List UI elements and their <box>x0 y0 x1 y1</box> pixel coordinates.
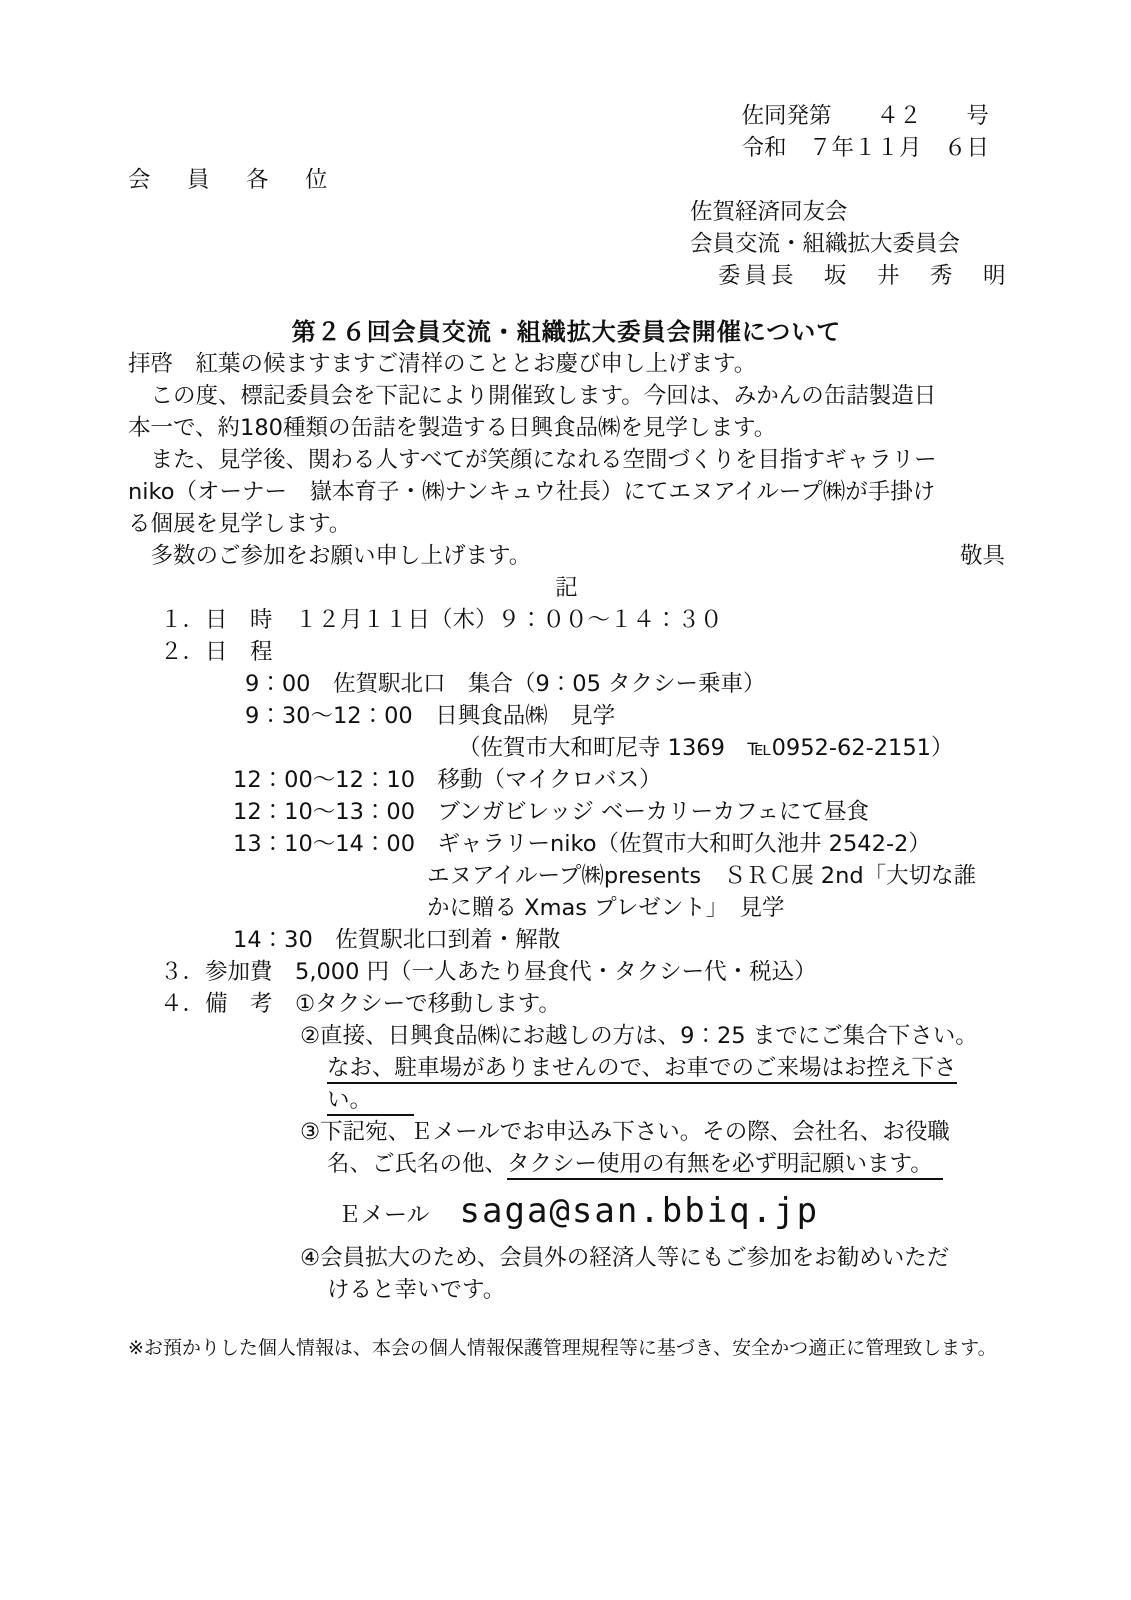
email-row: Ｅメール saga@san.bbiq.jp <box>338 1187 1005 1235</box>
addressee: 会 員 各 位 <box>128 164 1005 196</box>
note-2: ②直接、日興食品㈱にお越しの方は、9：25 までにご集合下さい。 <box>300 1020 1005 1052</box>
greeting-line: 拝啓 紅葉の候ますますご清祥のこととお慶び申し上げます。 <box>128 348 1005 380</box>
privacy-note: ※お預かりした個人情報は、本会の個人情報保護管理規程等に基づき、安全かつ適正に管… <box>128 1332 1005 1364</box>
page-title: 第２６回会員交流・組織拡大委員会開催について <box>128 316 1005 348</box>
schedule-row: 13：10～14：00 ギャラリーniko（佐賀市大和町久池井 2542-2） <box>233 828 1005 860</box>
doc-number: 佐同発第 ４２ 号 <box>128 100 1005 132</box>
note-4-continuation: けると幸いです。 <box>327 1274 1005 1306</box>
item-schedule-label: ２．日 程 <box>160 636 1005 668</box>
greeting-line: る個展を見学します。 <box>128 508 1005 540</box>
sender-chairman: 委員長 坂 井 秀 明 <box>718 260 1005 292</box>
note-3: ③下記宛、Ｅメールでお申込み下さい。その際、会社名、お役職 <box>300 1116 1005 1148</box>
underlined-text: なお、駐車場がありませんので、お車でのご来場はお控え下さ <box>327 1055 957 1084</box>
schedule-row: 9：00 佐賀駅北口 集合（9：05 タクシー乗車） <box>245 668 1005 700</box>
note-3-prefix: 名、ご氏名の他、 <box>327 1151 507 1177</box>
schedule-row: 14：30 佐賀駅北口到着・解散 <box>233 924 1005 956</box>
greeting-line: この度、標記委員会を下記により開催致します。今回は、みかんの缶詰製造日 <box>128 380 1005 412</box>
greeting-line: 多数のご参加をお願い申し上げます。 <box>128 540 531 572</box>
note-4: ④会員拡大のため、会員外の経済人等にもご参加をお勧めいただ <box>300 1242 1005 1274</box>
underlined-text: タクシー使用の有無を必ず明記願います。 <box>507 1151 943 1180</box>
closing-keigu: 敬具 <box>960 540 1005 572</box>
schedule-row-continuation: かに贈る Xmas プレゼント」 見学 <box>427 892 1005 924</box>
greeting-closing-row: 多数のご参加をお願い申し上げます。 敬具 <box>128 540 1005 572</box>
item-notes-label-note1: ４．備 考 ①タクシーで移動します。 <box>160 988 1005 1020</box>
item-datetime: １．日 時 １２月１１日（木）９：００～１４：３０ <box>160 604 1005 636</box>
greeting-line: 本一で、約180種類の缶詰を製造する日興食品㈱を見学します。 <box>128 412 1005 444</box>
email-address: saga@san.bbiq.jp <box>460 1187 820 1235</box>
record-marker: 記 <box>128 572 1005 604</box>
item-fee: ３．参加費 5,000 円（一人あたり昼食代・タクシー代・税込） <box>160 956 1005 988</box>
note-2-continuation-underlined: い。 <box>327 1084 1005 1116</box>
note-3-continuation: 名、ご氏名の他、タクシー使用の有無を必ず明記願います。 <box>327 1148 1005 1180</box>
greeting-line: niko（オーナー 嶽本育子・㈱ナンキュウ社長）にてエヌアイループ㈱が手掛け <box>128 476 1005 508</box>
schedule-address: （佐賀市大和町尼寺 1369 ℡0952-62-2151） <box>458 732 1005 764</box>
letter-page: 佐同発第 ４２ 号 令和 ７年１１月 ６日 会 員 各 位 佐賀経済同友会 会員… <box>0 0 1131 1600</box>
schedule-row: 12：00～12：10 移動（マイクロバス） <box>233 764 1005 796</box>
schedule-row-continuation: エヌアイループ㈱presents ＳＲＣ展 2nd「大切な誰 <box>427 860 1005 892</box>
note-2-continuation-underlined: なお、駐車場がありませんので、お車でのご来場はお控え下さ <box>327 1052 1005 1084</box>
sender-block: 佐賀経済同友会 会員交流・組織拡大委員会 委員長 坂 井 秀 明 <box>690 196 1005 292</box>
greeting-line: また、見学後、関わる人すべてが笑顔になれる空間づくりを目指すギャラリー <box>128 444 1005 476</box>
schedule-row: 12：10～13：00 ブンガビレッジ ベーカリーカフェにて昼食 <box>233 796 1005 828</box>
schedule-row: 9：30～12：00 日興食品㈱ 見学 <box>245 700 1005 732</box>
sender-committee: 会員交流・組織拡大委員会 <box>690 228 1005 260</box>
sender-org: 佐賀経済同友会 <box>690 196 1005 228</box>
doc-date: 令和 ７年１１月 ６日 <box>128 132 1005 164</box>
underlined-text: い。 <box>327 1087 414 1116</box>
email-label: Ｅメール <box>338 1191 430 1239</box>
